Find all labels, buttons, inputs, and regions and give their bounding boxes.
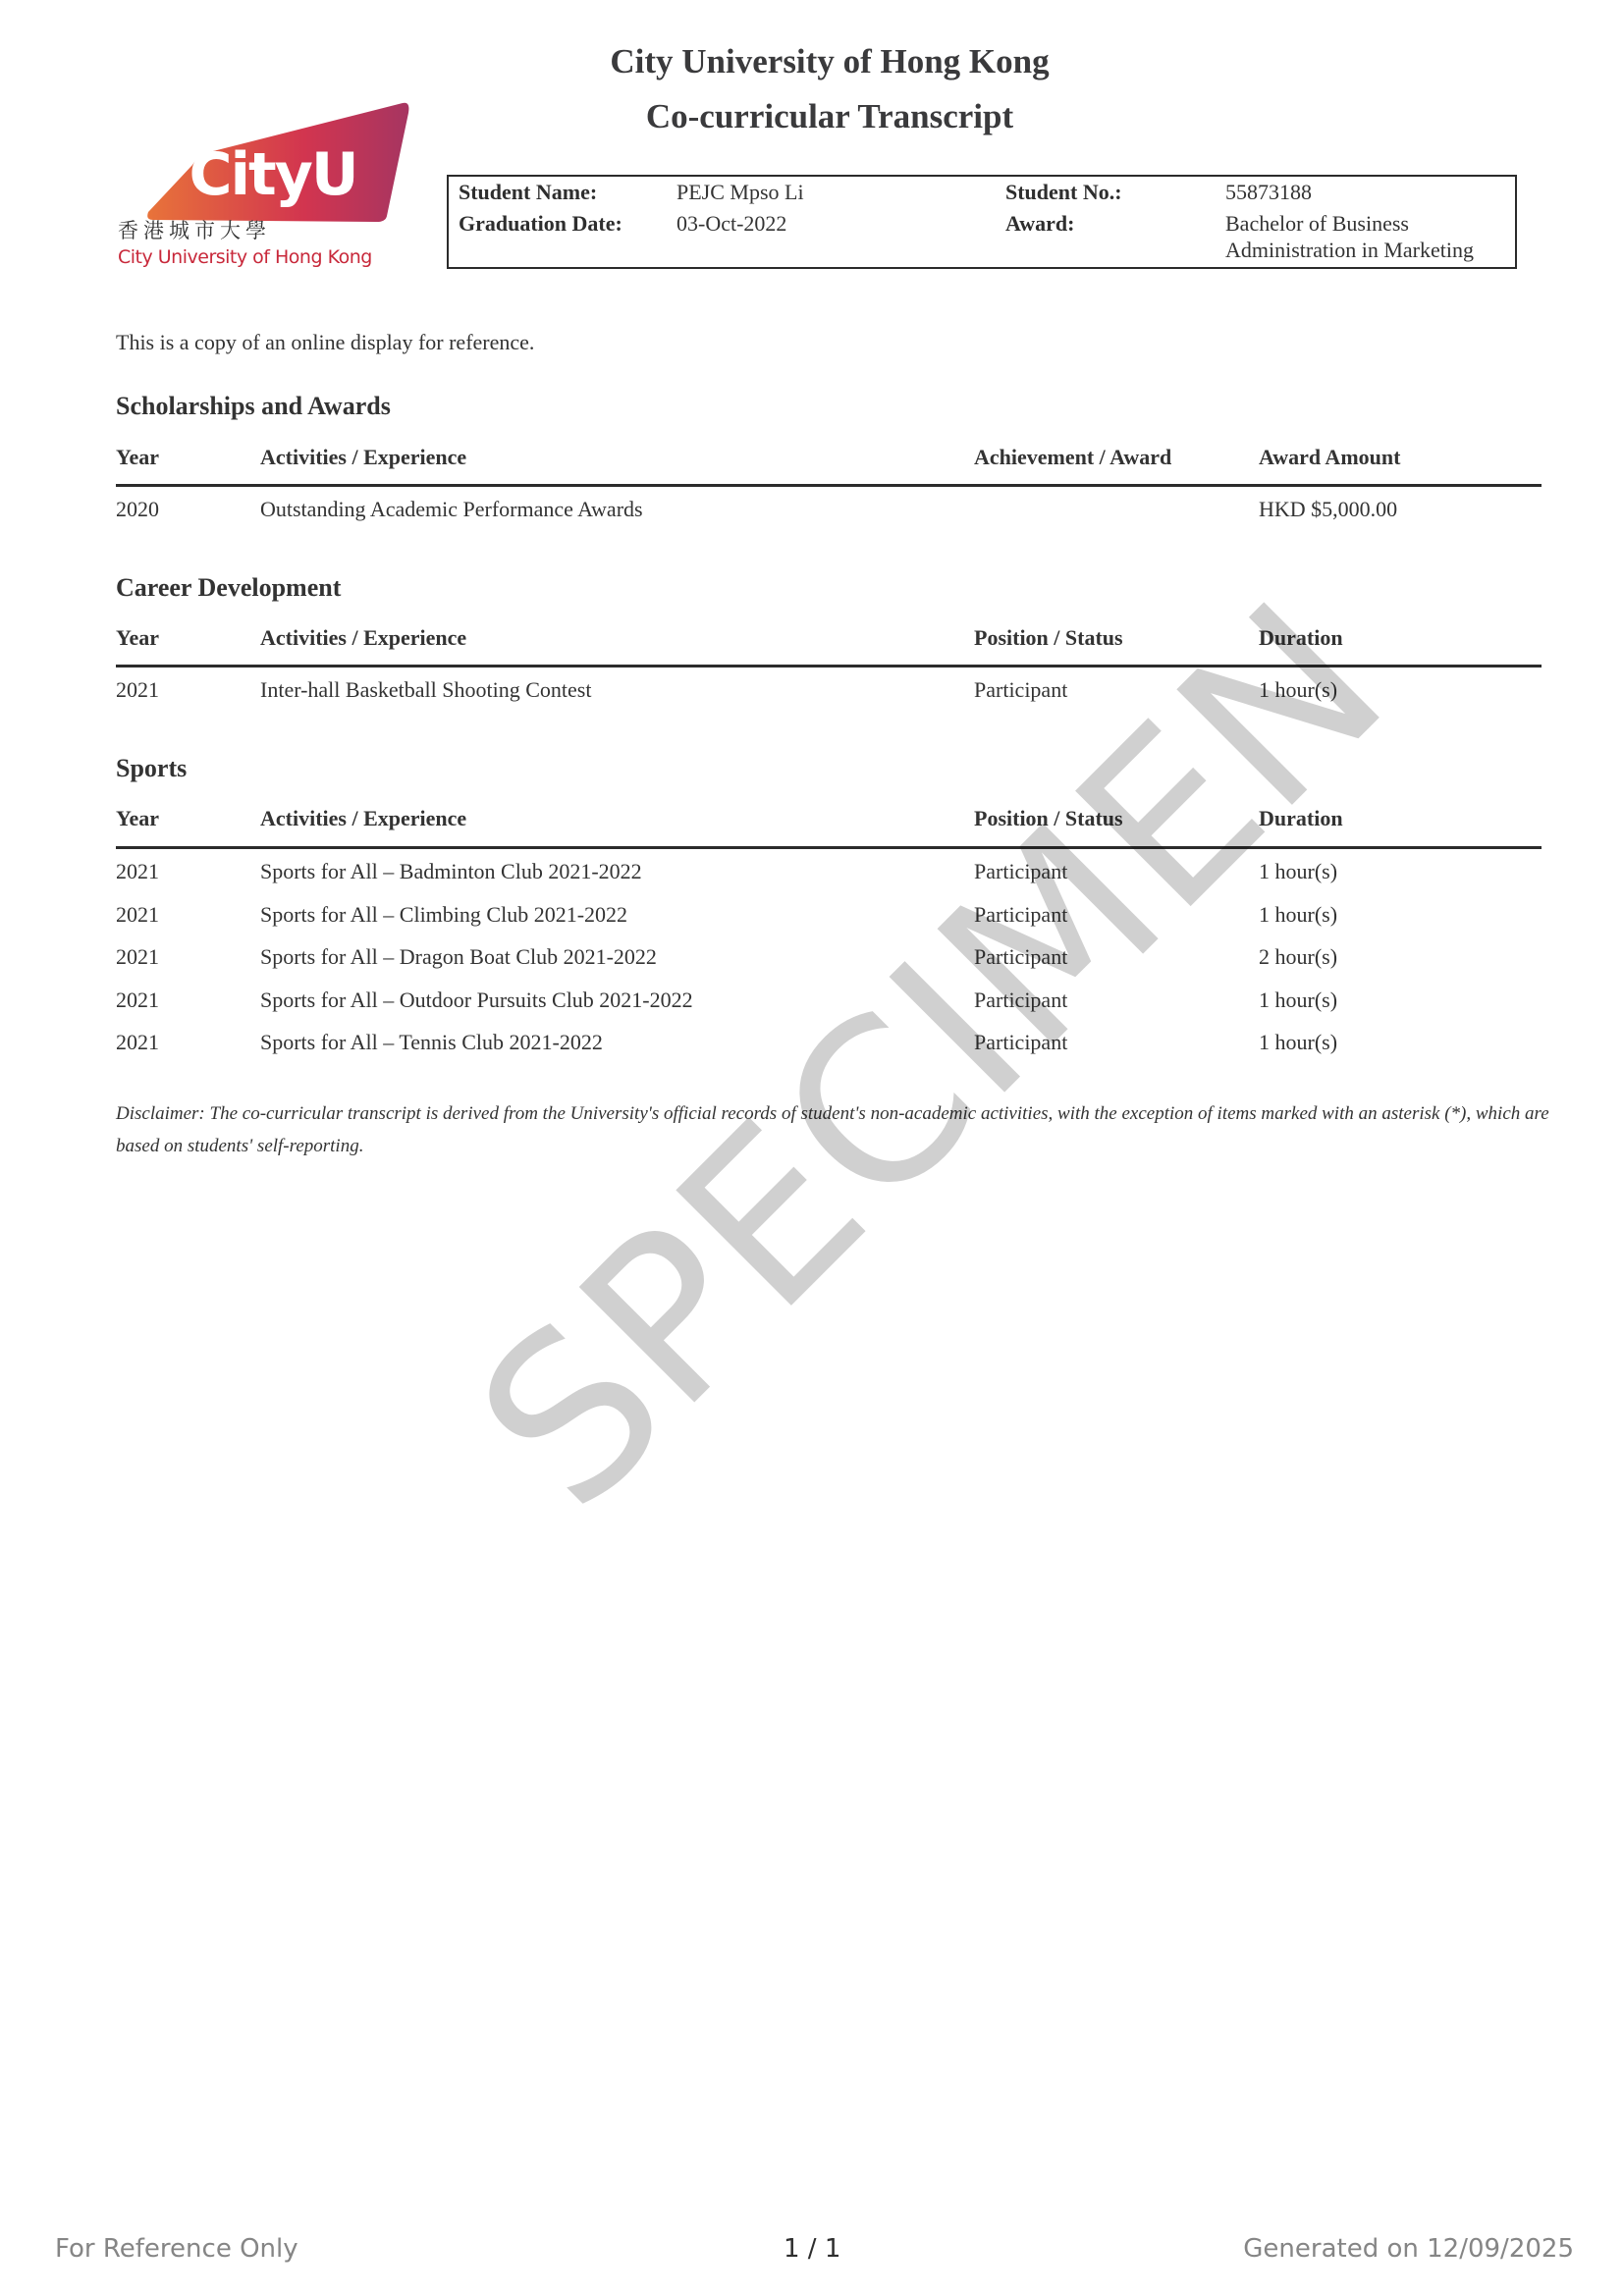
generated-date: Generated on 12/09/2025 xyxy=(1243,2236,1574,2262)
section-title: Scholarships and Awards xyxy=(116,394,391,419)
university-title: City University of Hong Kong xyxy=(0,44,1623,79)
cell-activity: Sports for All – Tennis Club 2021-2022 xyxy=(260,1032,603,1053)
cell-activity: Inter-hall Basketball Shooting Contest xyxy=(260,679,591,701)
svg-text:City University of Hong Kong: City University of Hong Kong xyxy=(118,246,372,268)
cell-year: 2021 xyxy=(116,861,159,882)
cell-year: 2021 xyxy=(116,904,159,926)
cityu-logo-icon: CityU 香港城市大學 City University of Hong Kon… xyxy=(116,98,415,275)
award-value-line1: Bachelor of Business xyxy=(1225,210,1409,237)
cell-year: 2021 xyxy=(116,1032,159,1053)
cell-duration: 2 hour(s) xyxy=(1259,946,1337,968)
cell-position: Participant xyxy=(974,989,1067,1011)
section-title: Career Development xyxy=(116,575,341,601)
column-header-duration: Duration xyxy=(1259,627,1343,649)
cell-duration: 1 hour(s) xyxy=(1259,904,1337,926)
cell-activity: Outstanding Academic Performance Awards xyxy=(260,499,643,520)
column-header-year: Year xyxy=(116,447,159,468)
student-no-label: Student No.: xyxy=(1005,179,1122,205)
column-header-position: Position / Status xyxy=(974,627,1123,649)
cell-activity: Sports for All – Outdoor Pursuits Club 2… xyxy=(260,989,693,1011)
cell-activity: Sports for All – Dragon Boat Club 2021-2… xyxy=(260,946,657,968)
student-no-value: 55873188 xyxy=(1225,179,1312,205)
page-number: 1 / 1 xyxy=(784,2236,840,2262)
cell-position: Participant xyxy=(974,1032,1067,1053)
column-header-year: Year xyxy=(116,627,159,649)
graduation-date-label: Graduation Date: xyxy=(459,210,622,237)
section-title: Sports xyxy=(116,756,187,781)
column-header-activities: Activities / Experience xyxy=(260,447,466,468)
column-header-achievement: Achievement / Award xyxy=(974,447,1171,468)
cell-duration: 1 hour(s) xyxy=(1259,679,1337,701)
column-header-duration: Duration xyxy=(1259,808,1343,829)
column-header-amount: Award Amount xyxy=(1259,447,1400,468)
column-header-activities: Activities / Experience xyxy=(260,627,466,649)
cityu-logo: CityU 香港城市大學 City University of Hong Kon… xyxy=(116,98,415,275)
header-rule xyxy=(116,484,1542,487)
cell-position: Participant xyxy=(974,861,1067,882)
reference-note: This is a copy of an online display for … xyxy=(116,330,534,355)
student-name-label: Student Name: xyxy=(459,179,597,205)
disclaimer: Disclaimer: The co-curricular transcript… xyxy=(116,1097,1549,1162)
graduation-date-value: 03-Oct-2022 xyxy=(676,210,786,237)
cell-amount: HKD $5,000.00 xyxy=(1259,499,1397,520)
header-rule xyxy=(116,846,1542,849)
cell-duration: 1 hour(s) xyxy=(1259,989,1337,1011)
award-value-line2: Administration in Marketing xyxy=(1225,237,1474,263)
cell-year: 2020 xyxy=(116,499,159,520)
cell-position: Participant xyxy=(974,946,1067,968)
footer-reference-label: For Reference Only xyxy=(55,2236,298,2262)
cell-position: Participant xyxy=(974,679,1067,701)
student-name-value: PEJC Mpso Li xyxy=(676,179,804,205)
award-label: Award: xyxy=(1005,210,1074,237)
column-header-position: Position / Status xyxy=(974,808,1123,829)
cell-year: 2021 xyxy=(116,989,159,1011)
column-header-year: Year xyxy=(116,808,159,829)
svg-text:香港城市大學: 香港城市大學 xyxy=(118,219,271,242)
svg-text:CityU: CityU xyxy=(189,140,356,209)
cell-activity: Sports for All – Badminton Club 2021-202… xyxy=(260,861,642,882)
header-rule xyxy=(116,665,1542,667)
cell-activity: Sports for All – Climbing Club 2021-2022 xyxy=(260,904,627,926)
cell-year: 2021 xyxy=(116,946,159,968)
cell-year: 2021 xyxy=(116,679,159,701)
column-header-activities: Activities / Experience xyxy=(260,808,466,829)
cell-duration: 1 hour(s) xyxy=(1259,1032,1337,1053)
cell-duration: 1 hour(s) xyxy=(1259,861,1337,882)
student-info-box: Student Name: PEJC Mpso Li Student No.: … xyxy=(447,175,1517,269)
cell-position: Participant xyxy=(974,904,1067,926)
